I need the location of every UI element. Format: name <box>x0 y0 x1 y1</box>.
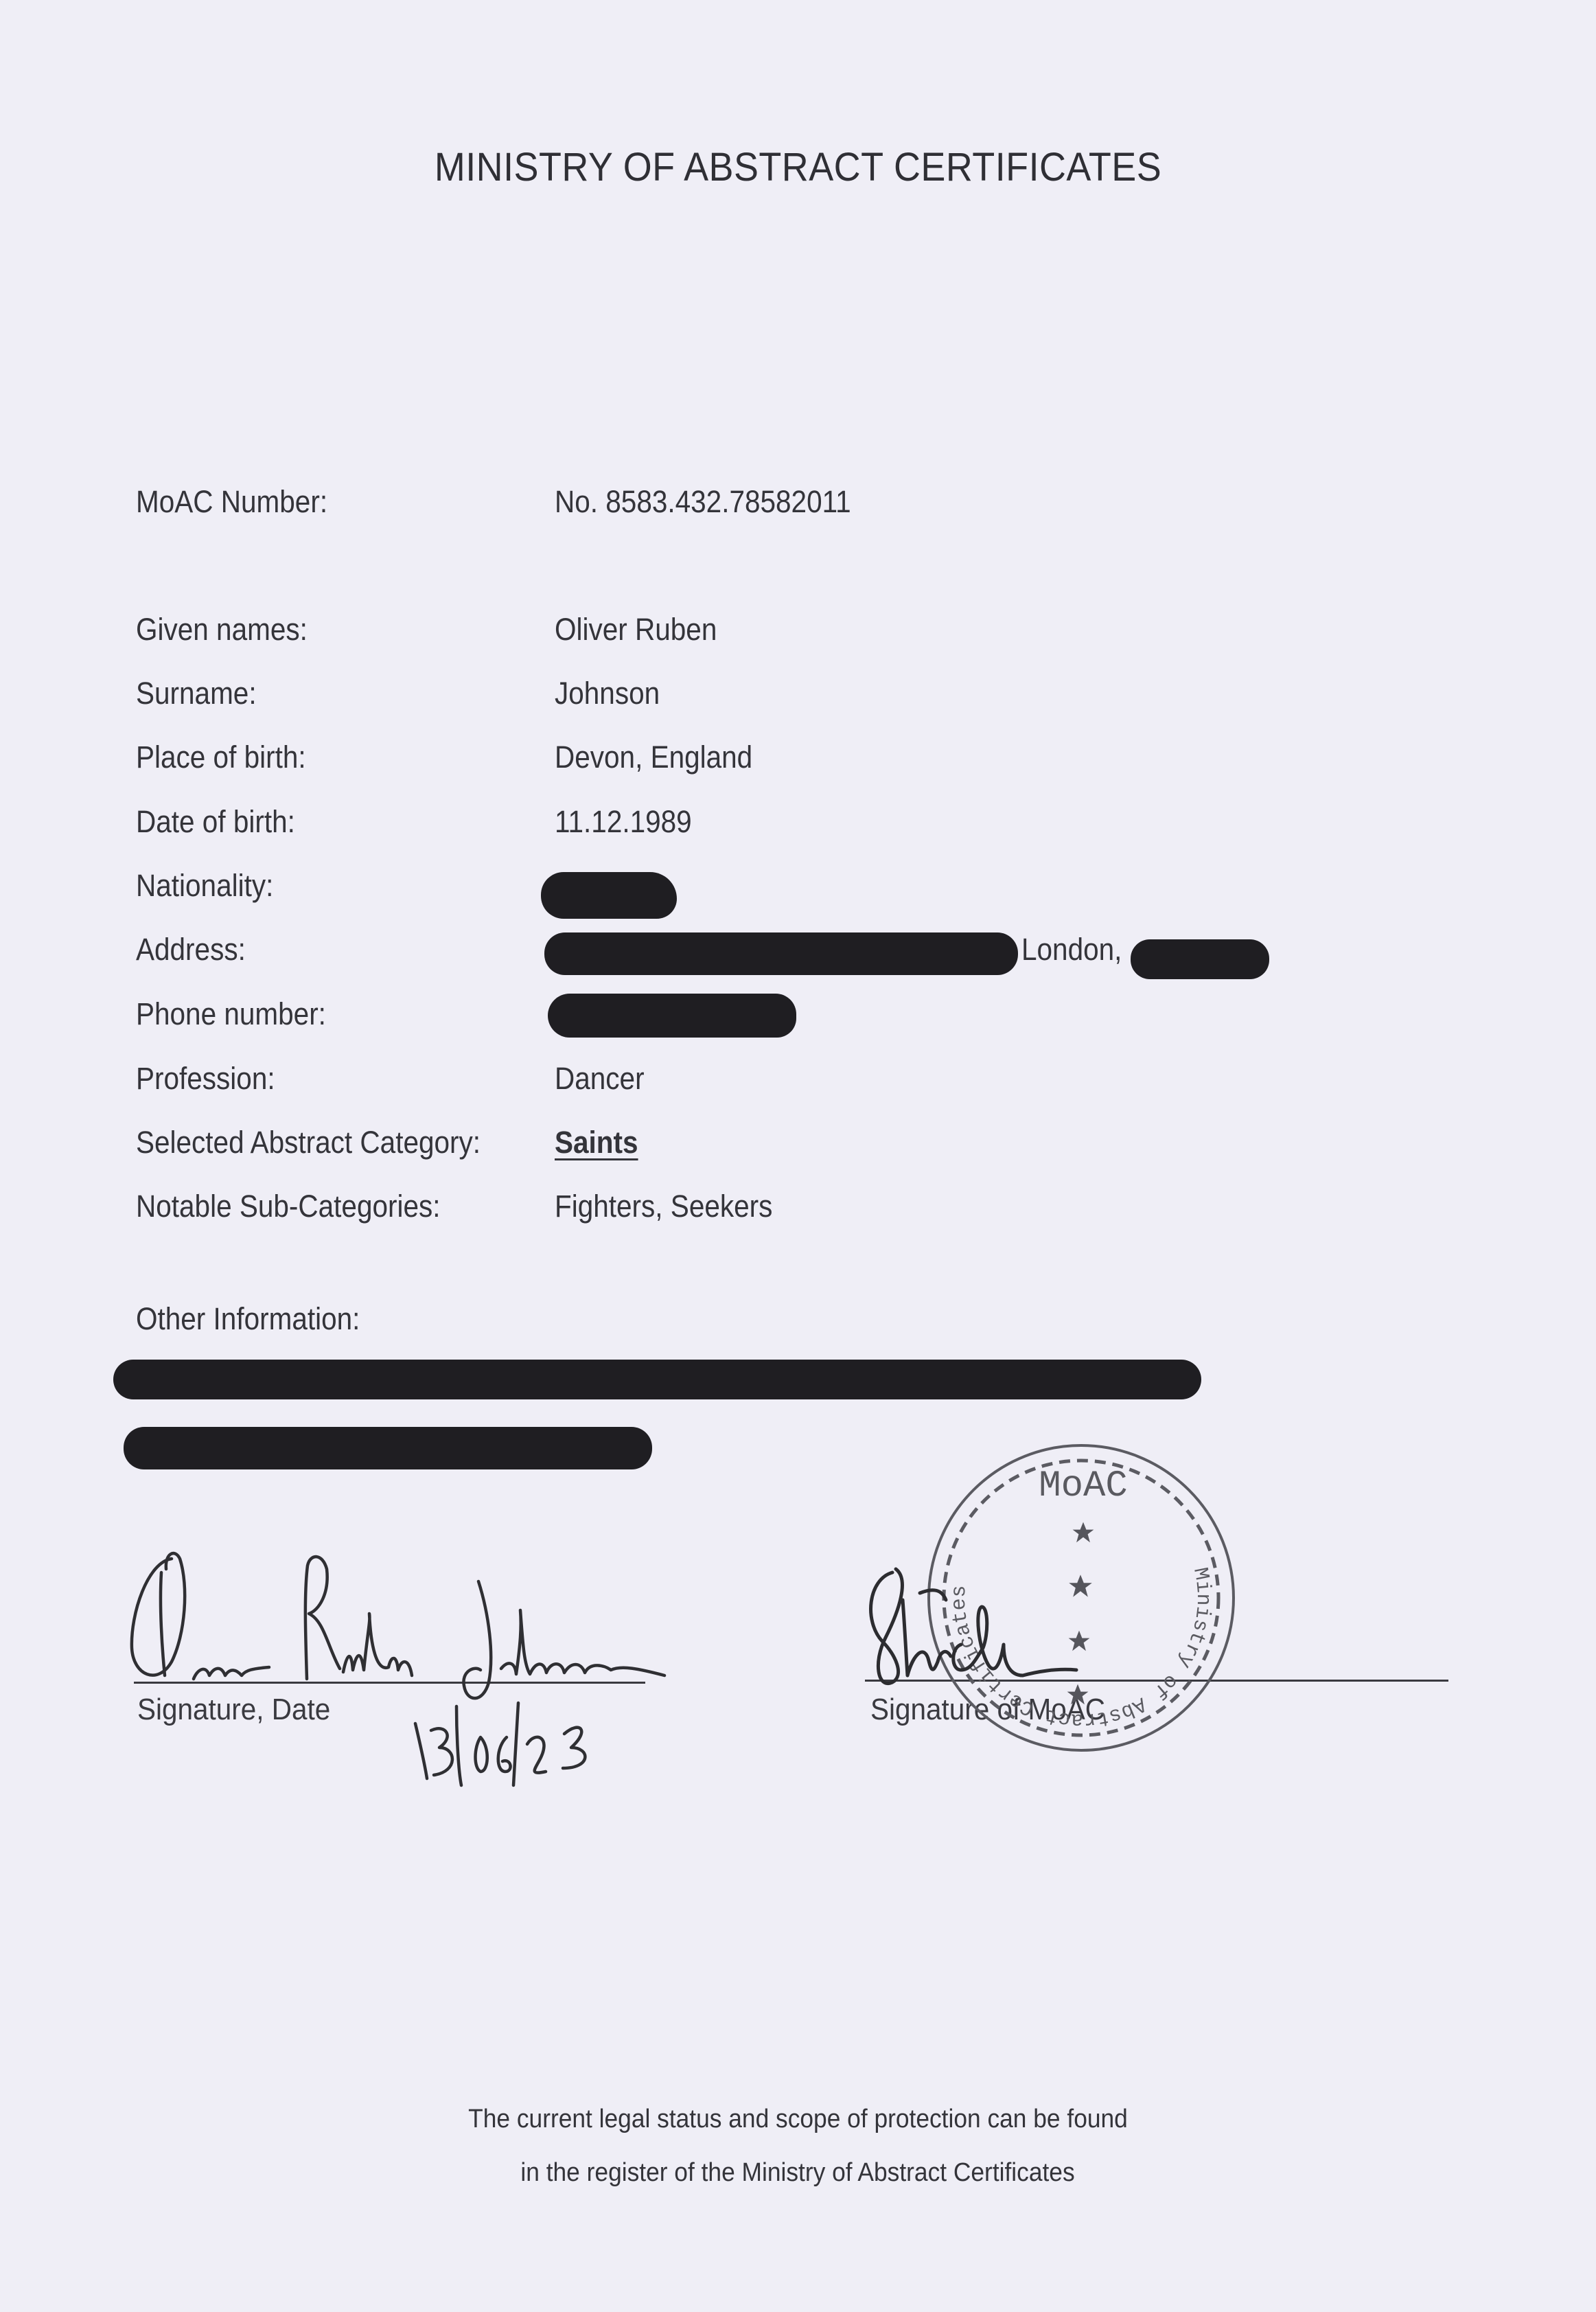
field-label: Place of birth: <box>136 740 306 775</box>
certificate-page: MINISTRY OF ABSTRACT CERTIFICATES MoAC N… <box>0 0 1596 2312</box>
footer-line-2: in the register of the Ministry of Abstr… <box>0 2158 1596 2188</box>
field-label: Address: <box>136 932 246 968</box>
field-label: Date of birth: <box>136 804 295 840</box>
moac-signature-caption: Signature of MoAC <box>870 1693 1105 1727</box>
field-value: No. 8583.432.78582011 <box>555 484 851 520</box>
field-label: Phone number: <box>136 996 326 1032</box>
field-label: Nationality: <box>136 868 273 904</box>
address-visible-fragment: London, <box>1021 932 1122 968</box>
field-label: Given names: <box>136 612 308 648</box>
redaction-address-postcode <box>1131 939 1269 979</box>
field-value: Oliver Ruben <box>555 612 717 648</box>
other-information-label: Other Information: <box>136 1301 360 1337</box>
field-value: Devon, England <box>555 740 752 775</box>
redaction-address-street <box>544 932 1018 975</box>
field-value: 11.12.1989 <box>555 804 692 840</box>
field-label: Profession: <box>136 1061 275 1097</box>
field-label: MoAC Number: <box>136 484 327 520</box>
field-label: Notable Sub-Categories: <box>136 1189 441 1224</box>
redaction-phone-number <box>548 994 796 1038</box>
footer-line-1: The current legal status and scope of pr… <box>0 2105 1596 2134</box>
field-value: Saints <box>555 1125 638 1160</box>
stamp-center-text: MoAC <box>1039 1465 1128 1507</box>
field-value: Dancer <box>555 1061 645 1097</box>
redaction-other-information-line-2 <box>124 1427 652 1469</box>
redaction-other-information-line-1 <box>113 1360 1201 1399</box>
field-value: Johnson <box>555 676 660 711</box>
field-label: Selected Abstract Category: <box>136 1125 481 1160</box>
document-title: MINISTRY OF ABSTRACT CERTIFICATES <box>56 144 1540 190</box>
holder-signature-line <box>134 1682 645 1684</box>
holder-handwritten-signature <box>132 1553 664 1785</box>
holder-signature-caption: Signature, Date <box>137 1693 330 1727</box>
moac-signature-line <box>865 1680 1448 1682</box>
redaction-nationality <box>541 872 677 919</box>
field-label: Surname: <box>136 676 257 711</box>
star-icon <box>1067 1522 1094 1705</box>
field-value: Fighters, Seekers <box>555 1189 772 1224</box>
moac-handwritten-signature <box>871 1569 1076 1684</box>
